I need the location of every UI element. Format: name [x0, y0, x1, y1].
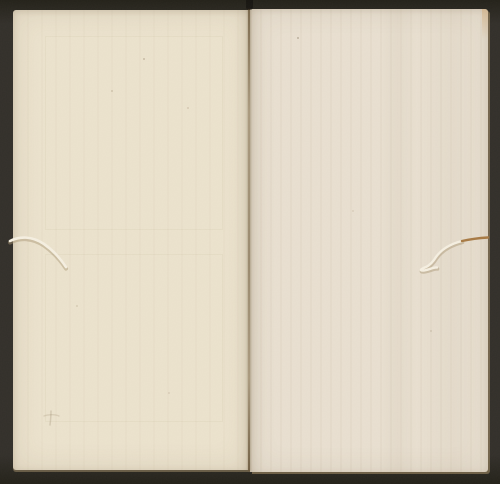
paper-marks-overlay [0, 0, 500, 484]
center-fold-line [248, 9, 250, 471]
paper-grain-texture [0, 0, 500, 484]
right-thread-shadow [421, 242, 462, 272]
book-scan [0, 0, 500, 484]
left-thread-shadow [10, 239, 66, 268]
left-page-showthrough-lower [45, 254, 223, 422]
pencil-smudge-vertical [50, 411, 51, 425]
right-page-paper-texture [250, 9, 488, 472]
right-thread-tip [462, 238, 488, 242]
pencil-smudge-horizontal [44, 415, 59, 416]
page-edge-highlight [482, 9, 488, 39]
left-thread-mark [10, 238, 66, 267]
left-page [13, 10, 250, 470]
left-page-showthrough-upper [45, 36, 223, 230]
right-thread-mark [421, 241, 462, 271]
right-page [250, 9, 488, 472]
paper-specks [0, 0, 2, 2]
left-page-paper-texture [13, 10, 250, 470]
center-fold-notch [246, 0, 253, 10]
